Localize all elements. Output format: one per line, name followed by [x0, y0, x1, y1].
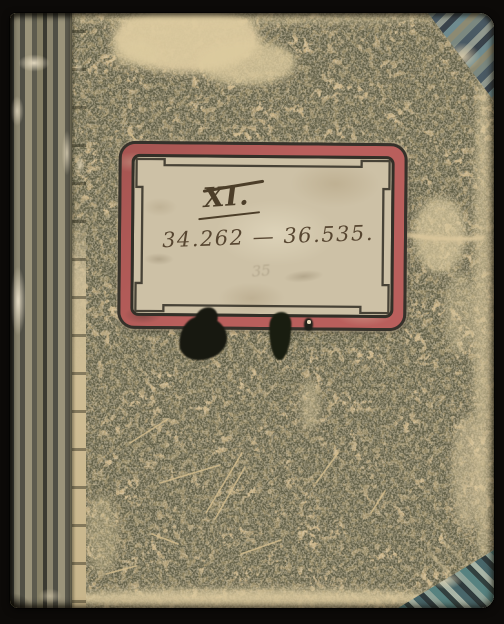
notebook-cover: XI. 34.262 — 36.535. 35 [10, 13, 494, 608]
label-frame [133, 157, 391, 315]
photo-background: XI. 34.262 — 36.535. 35 [0, 0, 504, 624]
paper-speck [307, 320, 311, 324]
hinge-strip [72, 13, 86, 608]
catalog-label: XI. 34.262 — 36.535. 35 [117, 141, 408, 332]
spine-cloth [10, 13, 72, 608]
